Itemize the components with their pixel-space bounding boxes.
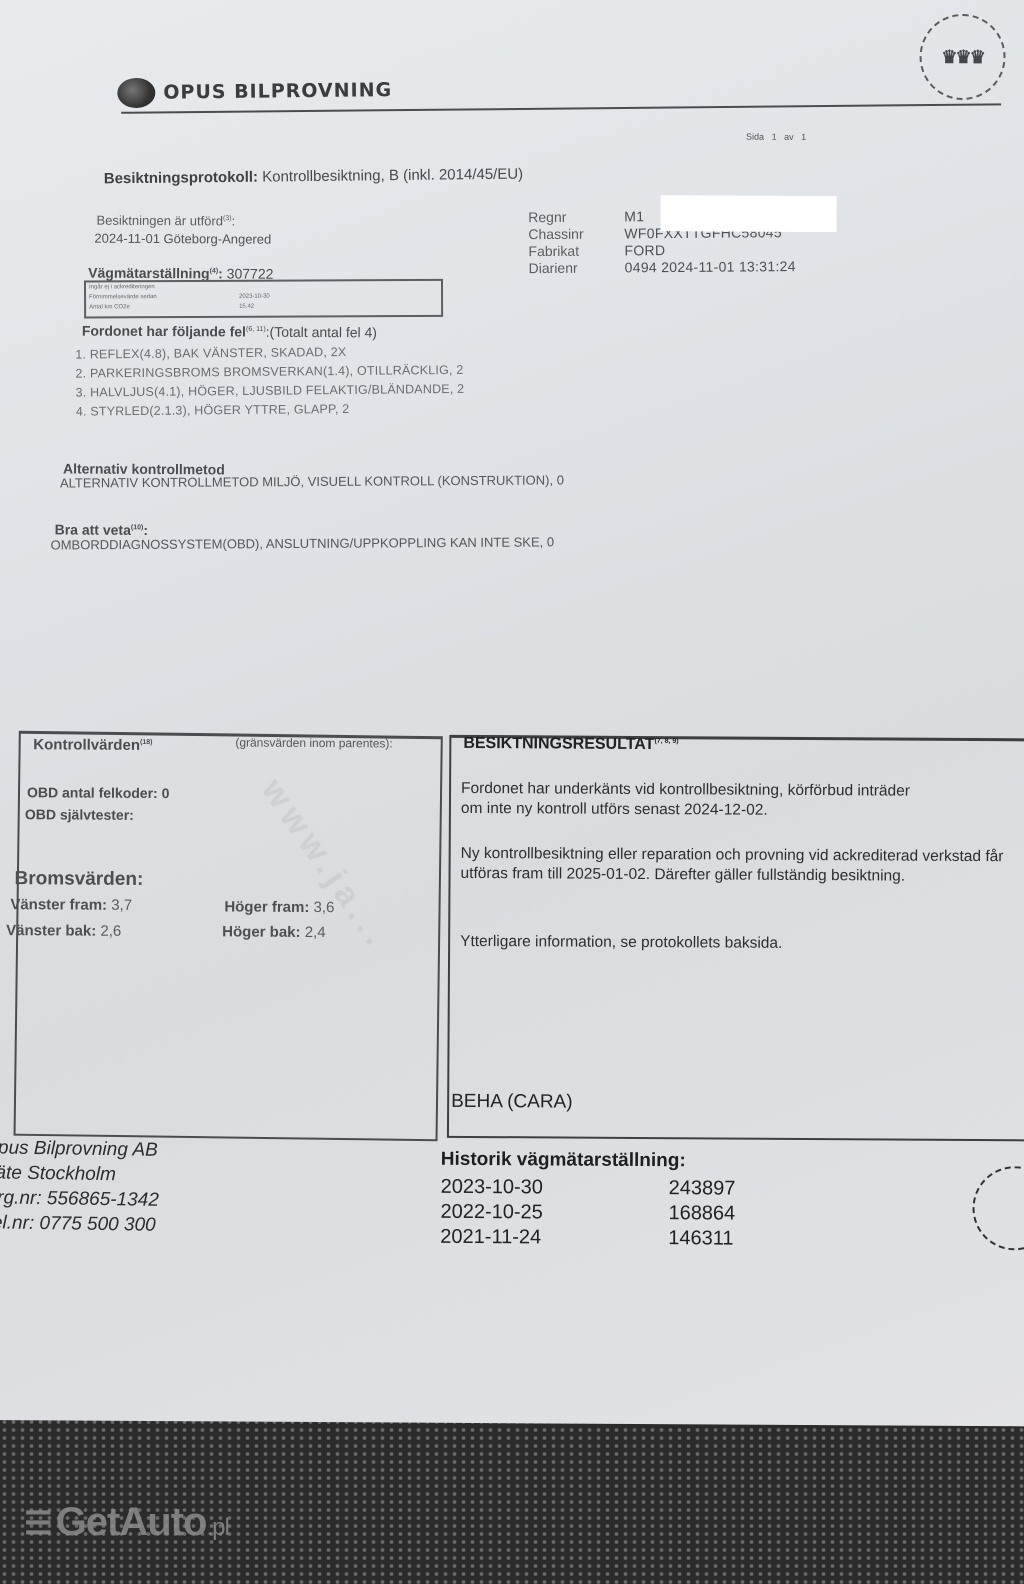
- history-row: 2022-10-25168864: [440, 1200, 735, 1227]
- company-info: Opus Bilprovning AB Säte Stockholm Org.n…: [0, 1135, 160, 1238]
- chassinr-label: Chassinr: [528, 225, 624, 242]
- brake-right-front: Höger fram: 3,6: [224, 898, 334, 916]
- obd-fault-codes: OBD antal felkoder: 0: [27, 784, 169, 801]
- result-title: BESIKTNINGSRESULTAT(7, 8, 9): [463, 735, 678, 754]
- brake-left-rear: Vänster bak: 2,6: [6, 922, 121, 940]
- fabrikat-label: Fabrikat: [528, 242, 624, 259]
- control-values-note: (gränsvärden inom parentes):: [235, 736, 393, 751]
- logo-text: OPUS BILPROVNING: [163, 79, 392, 104]
- control-values-title: Kontrollvärden(18): [33, 736, 152, 754]
- regnr-label: Regnr: [528, 208, 624, 225]
- inspector-signature: BEHA (CARA): [451, 1091, 573, 1114]
- good-to-know-heading: Bra att veta(10):: [55, 521, 148, 538]
- result-paragraph-2: Ny kontrollbesiktning eller reparation o…: [460, 844, 1020, 887]
- diarienr-value: 0494 2024-11-01 13:31:24: [625, 258, 796, 275]
- fabric-background: [0, 1410, 1024, 1584]
- brake-values-heading: Bromsvärden:: [14, 868, 143, 891]
- getauto-watermark: ☰ GetAuto.pl: [24, 1500, 229, 1545]
- diarienr-label: Diarienr: [529, 259, 625, 276]
- inspection-performed-value: 2024-11-01 Göteborg-Angered: [94, 231, 271, 247]
- page-indicator: Sida 1 av 1: [746, 132, 806, 142]
- fabrikat-value: FORD: [624, 241, 795, 258]
- swedac-stamp-icon: ♛♛♛: [919, 14, 1006, 101]
- history-row: 2021-11-24146311: [440, 1225, 735, 1252]
- faults-heading: Fordonet har följande fel(6, 11):(Totalt…: [82, 323, 377, 341]
- result-paragraph-1: Fordonet har underkänts vid kontrollbesi…: [461, 779, 931, 822]
- document-paper: OPUS BILPROVNING ♛♛♛ Sida 1 av 1 Besiktn…: [0, 0, 1024, 1426]
- good-to-know-value: OMBORDDIAGNOSSYSTEM(OBD), ANSLUTNING/UPP…: [51, 534, 555, 552]
- odometer-history-table: 2023-10-30243897 2022-10-25168864 2021-1…: [440, 1175, 735, 1252]
- round-stamp-icon: [972, 1166, 1024, 1251]
- brake-right-rear: Höger bak: 2,4: [222, 923, 325, 941]
- odometer-history-heading: Historik vägmätarställning:: [441, 1149, 686, 1172]
- opus-logo: OPUS BILPROVNING: [117, 75, 392, 108]
- protocol-title: Besiktningsprotokoll: Kontrollbesiktning…: [104, 166, 524, 188]
- alternative-method-value: ALTERNATIV KONTROLLMETOD MILJÖ, VISUELL …: [60, 472, 564, 490]
- opus-logo-icon: [117, 78, 155, 108]
- fault-item: 4. STYRLED(2.1.3), HÖGER YTTRE, GLAPP, 2: [76, 399, 465, 422]
- getauto-logo-icon: ☰: [24, 1504, 52, 1542]
- faults-list: 1. REFLEX(4.8), BAK VÄNSTER, SKADAD, 2X …: [75, 342, 464, 422]
- brake-left-front: Vänster fram: 3,7: [10, 896, 132, 914]
- result-paragraph-3: Ytterligare information, se protokollets…: [460, 932, 1000, 955]
- odometer-info-box: Ingår ej i ackrediteringen Förnimmelsevä…: [84, 279, 443, 319]
- obd-self-tests: OBD självtester:: [25, 806, 134, 823]
- redacted-plate: [660, 195, 836, 232]
- history-row: 2023-10-30243897: [441, 1175, 736, 1202]
- inspection-performed-label: Besiktningen är utförd(3):: [96, 213, 235, 229]
- fault-item: 3. HALVLJUS(4.1), HÖGER, LJUSBILD FELAKT…: [76, 380, 465, 403]
